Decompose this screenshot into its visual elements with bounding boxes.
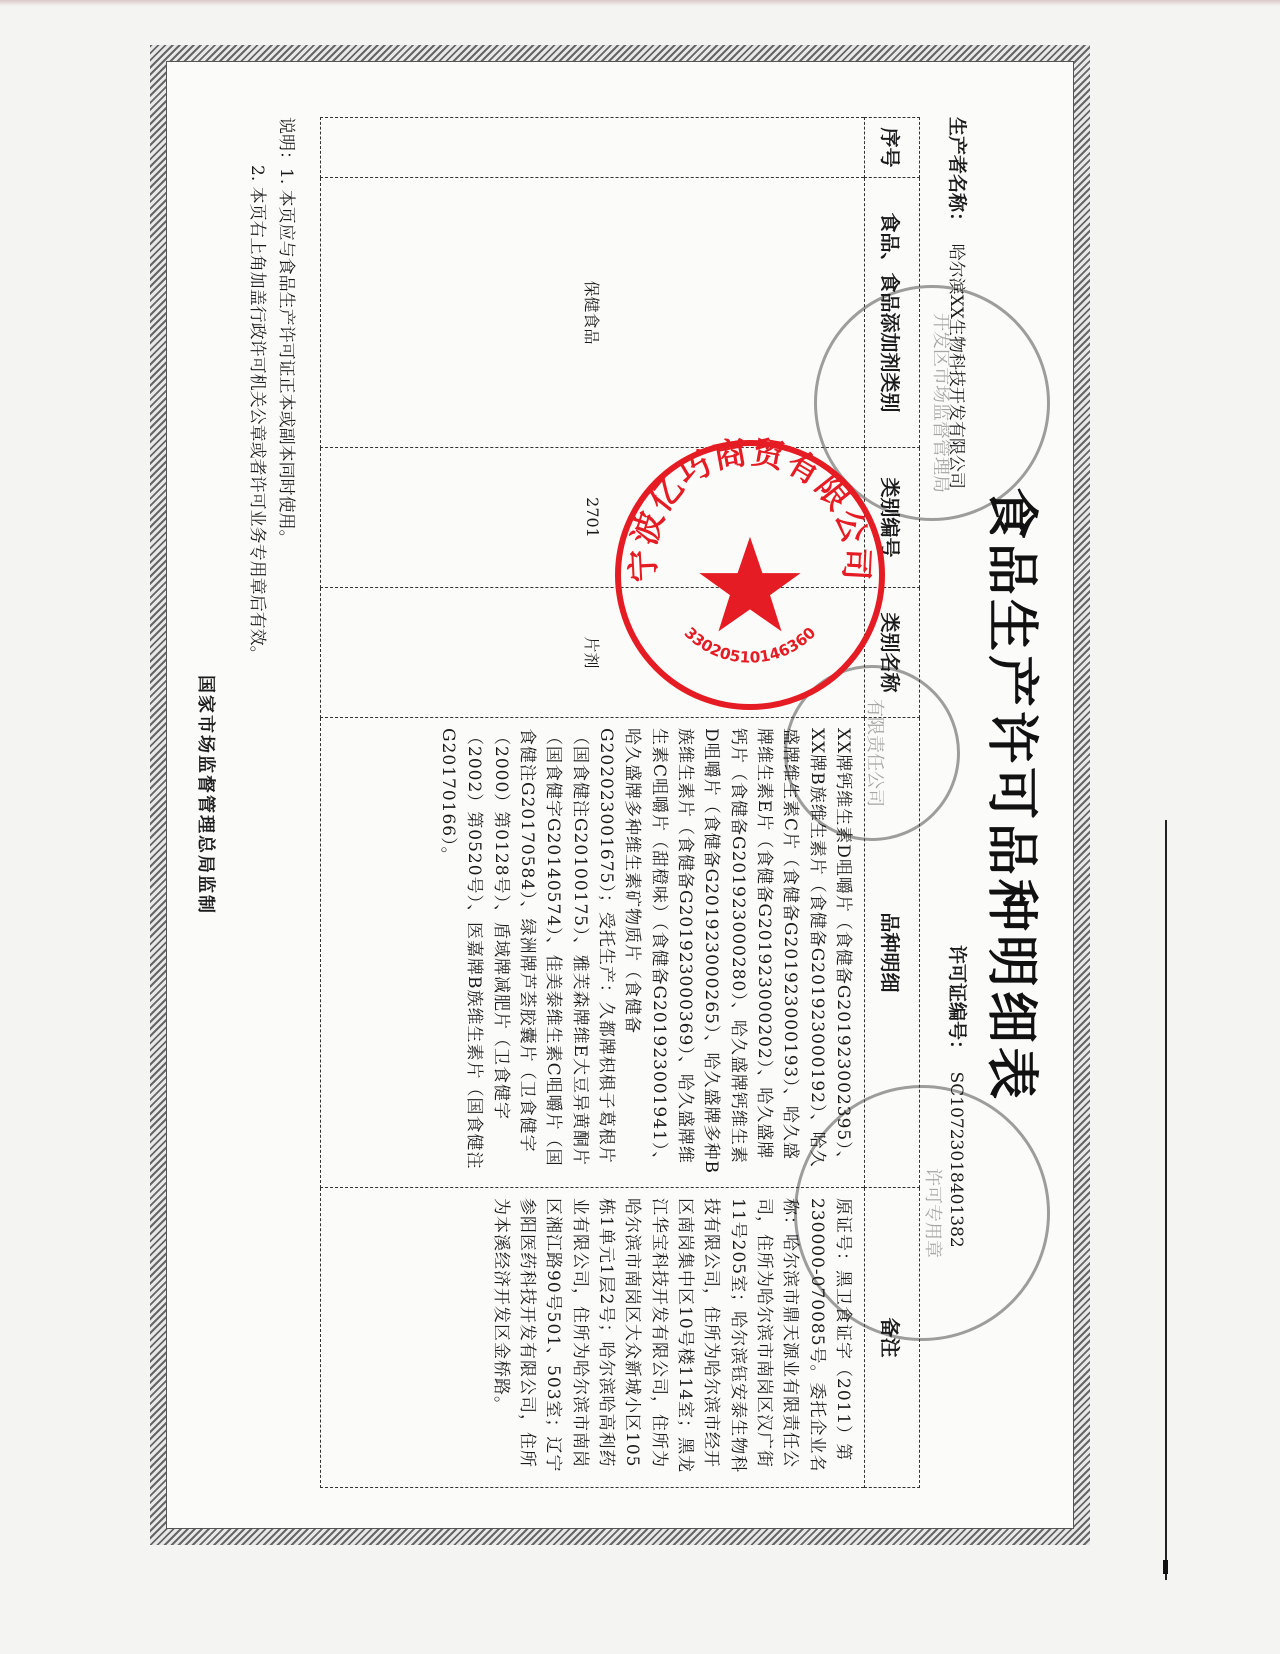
scan-edge bbox=[0, 0, 1280, 6]
note-item: 2. 本页右上角加盖行政许可机关公章或者许可业务专用章后有效。 bbox=[242, 117, 271, 663]
table-header-row: 序号 食品、食品添加剂类别 类别编号 类别名称 品种明细 备注 bbox=[865, 118, 920, 1488]
document-title: 食品生产许可品种明细表 bbox=[979, 45, 1054, 1545]
license-number: SC10723018401382 bbox=[946, 1072, 966, 1248]
producer-name: 哈尔滨XX生物科技开发有限公司 bbox=[946, 244, 966, 489]
cell-remarks: 原证号：黑卫食证字（2011）第230000-070085号。委托企业名称：哈尔… bbox=[321, 1188, 865, 1488]
header-index: 序号 bbox=[865, 118, 920, 178]
header-remarks: 备注 bbox=[865, 1188, 920, 1488]
producer-field: 生产者名称： 哈尔滨XX生物科技开发有限公司 bbox=[945, 117, 972, 489]
issuer-line: 国家市场监督管理总局监制 bbox=[194, 45, 220, 1545]
scan-mark bbox=[1163, 1560, 1168, 1574]
note-item: 1. 本页应与食品生产许可证正本或副本同时使用。 bbox=[276, 168, 296, 547]
svg-text:3302051014636​0: 3302051014636​0 bbox=[681, 624, 820, 667]
cell-index bbox=[321, 118, 865, 178]
cell-category: 保健食品 bbox=[321, 178, 865, 448]
scan-margin-line bbox=[1165, 820, 1167, 1580]
notes-label: 说明： bbox=[276, 117, 296, 168]
license-number-field: 许可证编号： SC10723018401382 bbox=[945, 945, 972, 1248]
seal-graphic: 宁波亿巧商贸有限公司 3302051014636​0 bbox=[621, 446, 879, 704]
seal-code: 3302051014636​0 bbox=[681, 624, 820, 667]
cell-variety-detail: XX牌钙维生素D咀嚼片（食健备G201923002395）、XX牌B族维生素片（… bbox=[321, 718, 865, 1188]
license-detail-document: 开发区市场监督管理局 有限责任公司 许可专用章 食品生产许可品种明细表 生产者名… bbox=[150, 45, 1090, 1545]
table-row: 保健食品 2701 片剂 XX牌钙维生素D咀嚼片（食健备G20192300239… bbox=[321, 118, 865, 1488]
star-icon bbox=[699, 537, 800, 632]
header-category: 食品、食品添加剂类别 bbox=[865, 178, 920, 448]
license-label: 许可证编号： bbox=[946, 945, 968, 1059]
variety-detail-table: 序号 食品、食品添加剂类别 类别编号 类别名称 品种明细 备注 保健食品 270… bbox=[320, 117, 920, 1488]
notes-section: 说明：1. 本页应与食品生产许可证正本或副本同时使用。 2. 本页右上角加盖行政… bbox=[242, 117, 300, 663]
producer-label: 生产者名称： bbox=[946, 117, 968, 231]
company-red-seal: 宁波亿巧商贸有限公司 3302051014636​0 bbox=[615, 440, 885, 710]
header-variety-detail: 品种明细 bbox=[865, 718, 920, 1188]
